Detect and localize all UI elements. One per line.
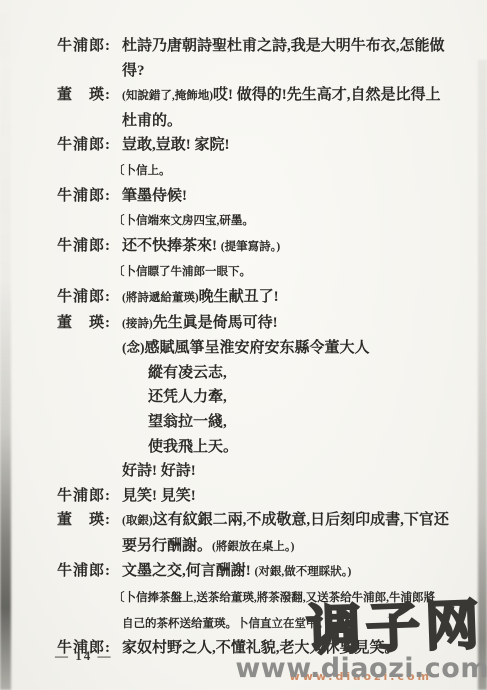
text-segment: 筆墨侍候! <box>122 188 187 204</box>
stage-direction: 〔卜信瞟了牛浦郎一眼下。 <box>113 259 487 285</box>
dialogue-line: (接詩)先生眞是倚馬可待! <box>122 311 487 337</box>
script-block: 牛浦郎:文墨之交,何言酬謝! (对銀,做不理睬狀。)〔卜信捧茶盤上,送茶给董瑛,… <box>0 559 487 636</box>
dialogue-line: 要另行酬謝。(將銀放在桌上。) <box>122 534 487 560</box>
text-segment: 使我飛上天。 <box>148 439 238 455</box>
scanned-script-page: 牛浦郎:杜詩乃唐朝詩聖杜甫之詩,我是大明牛布衣,怎能做得?董 瑛:(知說錯了,掩… <box>0 0 487 690</box>
script-content: 牛浦郎:杜詩乃唐朝詩聖杜甫之詩,我是大明牛布衣,怎能做得?董 瑛:(知說錯了,掩… <box>0 34 487 661</box>
speaker-name: 牛浦郎: <box>57 184 111 209</box>
speaker-name: 牛浦郎: <box>57 484 111 509</box>
text-segment: 杜甫的。 <box>122 113 182 129</box>
dialogue-line: 豈敢,豈敢! 家院! <box>122 133 487 158</box>
script-block: 董 瑛:(接詩)先生眞是倚馬可待!(念)感賦風箏呈淮安府安东縣令董大人縱有凌云志… <box>0 311 487 484</box>
scan-edge-shadow-right <box>478 60 487 690</box>
dialogue-line: 杜甫的。 <box>122 109 487 134</box>
speaker-name: 牛浦郎: <box>57 133 111 158</box>
text-segment: 豈敢,豈敢! 家院! <box>122 137 230 153</box>
text-segment: 先生眞是倚馬可待! <box>153 315 278 331</box>
text-segment: (接詩) <box>122 318 153 330</box>
page-number: — 14 — <box>55 648 113 664</box>
text-segment: 要另行酬謝。 <box>122 538 212 554</box>
script-block: 董 瑛:(知說錯了,掩飾地)哎! 做得的!先生高才,自然是比得上杜甫的。 <box>0 83 487 133</box>
text-segment: 縱有凌云志, <box>148 365 227 381</box>
script-block: 牛浦郎:杜詩乃唐朝詩聖杜甫之詩,我是大明牛布衣,怎能做得? <box>0 34 487 83</box>
text-segment: (知說錯了,掩飾地) <box>122 90 213 102</box>
text-segment: 好詩! 好詩! <box>122 463 196 479</box>
poem-line: 使我飛上天。 <box>148 435 487 460</box>
text-segment: 〔卜信上。 <box>113 165 171 177</box>
script-block: 牛浦郎:还不快捧茶來! (提筆寫詩。)〔卜信瞟了牛浦郎一眼下。 <box>0 234 487 285</box>
text-segment: 得? <box>122 63 145 79</box>
text-segment: 哎! 做得的!先生高才,自然是比得上 <box>213 87 441 103</box>
script-block: 牛浦郎:(將詩遞給董瑛)晚生献丑了! <box>0 285 487 311</box>
poem-line: 縱有凌云志, <box>148 361 487 386</box>
speaker-name: 董 瑛: <box>57 508 111 533</box>
dialogue-line: (知說錯了,掩飾地)哎! 做得的!先生高才,自然是比得上 <box>122 83 487 109</box>
text-segment: (提筆寫詩。) <box>221 241 280 253</box>
text-segment: 望翁拉一綫, <box>148 414 227 430</box>
dialogue-line: 还不快捧茶來! (提筆寫詩。) <box>122 234 487 260</box>
text-segment: (將詩遞給董瑛) <box>122 292 199 304</box>
dialogue-line: 家奴村野之人,不懂礼貌,老大人休要見笑。 <box>122 636 487 661</box>
dialogue-line: 杜詩乃唐朝詩聖杜甫之詩,我是大明牛布衣,怎能做 <box>122 34 487 59</box>
dialogue-line: 文墨之交,何言酬謝! (对銀,做不理睬狀。) <box>122 559 487 585</box>
speaker-name: 牛浦郎: <box>57 285 111 310</box>
dialogue-line: 好詩! 好詩! <box>122 459 487 484</box>
text-segment: 〔卜信捧茶盤上,送茶给董瑛,將茶潑翻,又送茶给牛浦郎,牛浦郎將 <box>113 592 435 604</box>
dialogue-line: (念)感賦風箏呈淮安府安东縣令董大人 <box>122 336 487 361</box>
scan-edge-shadow-left <box>0 0 11 690</box>
poem-line: 还凭人力牽, <box>148 385 487 410</box>
speaker-name: 董 瑛: <box>57 311 111 336</box>
stage-direction: 〔卜信上。 <box>113 158 487 184</box>
text-segment: (对銀,做不理睬狀。) <box>255 566 352 578</box>
text-segment: 杜詩乃唐朝詩聖杜甫之詩,我是大明牛布衣,怎能做 <box>122 38 445 54</box>
dialogue-line: (取銀)这有紋銀二兩,不成敬意,日后刻印成書,下官还 <box>122 508 487 534</box>
text-segment: 晚生献丑了! <box>199 289 279 305</box>
speaker-name: 董 瑛: <box>57 83 111 108</box>
stage-direction: 〔卜信端來文房四宝,研墨。 <box>113 208 487 234</box>
text-segment: 家奴村野之人,不懂礼貌,老大人休要見笑。 <box>122 640 400 656</box>
script-block: 牛浦郎:豈敢,豈敢! 家院!〔卜信上。 <box>0 133 487 183</box>
dialogue-line: 見笑! 見笑! <box>122 484 487 509</box>
stage-direction-continued: 自己的茶杯送给董瑛。卜信直立在堂中。 <box>122 611 487 637</box>
text-segment: 感賦風箏呈淮安府安东縣令董大人 <box>145 340 370 356</box>
speaker-name: 牛浦郎: <box>57 34 111 59</box>
text-segment: 还不快捧茶來! <box>122 238 221 254</box>
text-segment: 还凭人力牽, <box>148 389 227 405</box>
text-segment: 〔卜信端來文房四宝,研墨。 <box>113 215 254 227</box>
poem-line: 望翁拉一綫, <box>148 410 487 435</box>
text-segment: 这有紋銀二兩,不成敬意,日后刻印成書,下官还 <box>153 512 449 528</box>
text-segment: 文墨之交,何言酬謝! <box>122 563 255 579</box>
stage-direction: 〔卜信捧茶盤上,送茶给董瑛,將茶潑翻,又送茶给牛浦郎,牛浦郎將 <box>113 585 487 611</box>
text-segment: 自己的茶杯送给董瑛。卜信直立在堂中。 <box>122 618 329 630</box>
script-block: 牛浦郎:見笑! 見笑! <box>0 484 487 509</box>
dialogue-line: 得? <box>122 59 487 84</box>
dialogue-line: (將詩遞給董瑛)晚生献丑了! <box>122 285 487 311</box>
speaker-name: 牛浦郎: <box>57 234 111 259</box>
speaker-name: 牛浦郎: <box>57 559 111 584</box>
text-segment: 見笑! 見笑! <box>122 488 196 504</box>
script-block: 牛浦郎:筆墨侍候!〔卜信端來文房四宝,研墨。 <box>0 184 487 234</box>
text-segment: (取銀) <box>122 515 153 527</box>
watermark-url-small: www.diaozi.com <box>290 670 432 683</box>
dialogue-line: 筆墨侍候! <box>122 184 487 209</box>
text-segment: 〔卜信瞟了牛浦郎一眼下。 <box>113 266 251 278</box>
script-block: 董 瑛:(取銀)这有紋銀二兩,不成敬意,日后刻印成書,下官还要另行酬謝。(將銀放… <box>0 508 487 559</box>
text-segment: (念) <box>122 340 145 355</box>
text-segment: (將銀放在桌上。) <box>212 541 294 553</box>
